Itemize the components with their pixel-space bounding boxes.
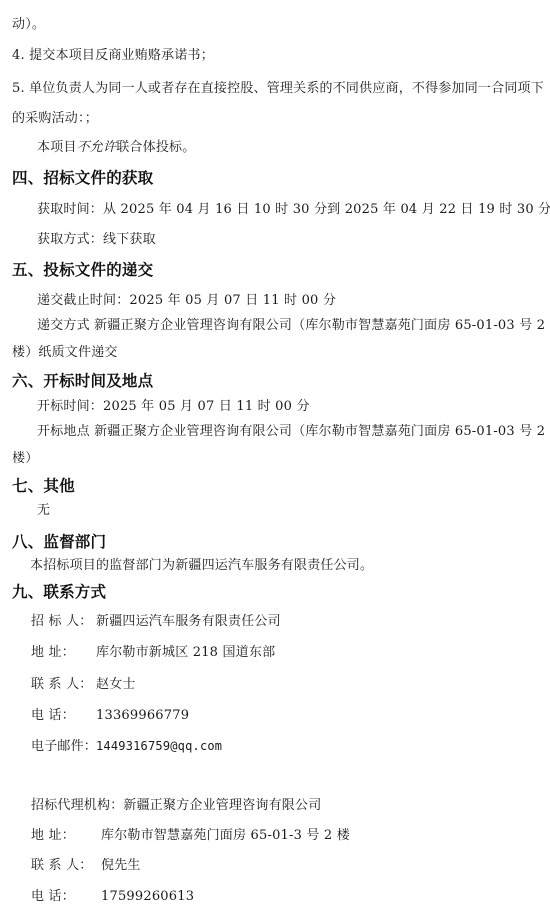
consortium-statement: 本项目不允许联合体投标。 [37,140,195,156]
acquisition-method: 获取方式：线下获取 [37,232,156,248]
consortium-prefix: 本项目 [37,140,77,155]
tenderer-address-label: 地 址： [31,645,96,661]
agency-address: 库尔勒市智慧嘉苑门面房 65-01-3 号 2 楼 [101,828,350,843]
section-heading-8: 八、监督部门 [12,533,106,551]
tenderer-phone-label: 电 话： [31,708,96,724]
supervision-body: 本招标项目的监督部门为新疆四运汽车服务有限责任公司。 [30,558,373,574]
opening-time: 开标时间：2025 年 05 月 07 日 11 时 00 分 [37,399,310,415]
tenderer-name-label: 招 标 人： [31,614,96,630]
opening-place-continued: 楼） [12,451,38,467]
tenderer-contact-row: 联 系 人：赵女士 [31,677,136,693]
section-heading-7: 七、其他 [12,477,75,495]
tenderer-contact: 赵女士 [96,677,136,692]
tenderer-email: 1449316759@qq.com [96,739,222,753]
section-heading-4: 四、招标文件的获取 [12,169,153,187]
agency-name-row: 招标代理机构：新疆正聚方企业管理咨询有限公司 [31,798,321,814]
tenderer-email-row: 电子邮件：1449316759@qq.com [31,738,222,755]
submission-method-continued: 楼）纸质文件递交 [12,345,118,361]
consortium-suffix: 联合体投标。 [116,140,195,155]
tenderer-phone: 13369966779 [96,708,189,723]
agency-contact: 倪先生 [101,858,141,873]
agency-name-label: 招标代理机构： [31,798,123,813]
other-body: 无 [37,503,50,519]
agency-phone: 17599260613 [101,889,194,904]
consortium-emphasis: 不允许 [77,140,117,155]
tenderer-contact-label: 联 系 人： [31,677,96,693]
acquisition-time: 获取时间：从 2025 年 04 月 16 日 10 时 30 分到 2025 … [37,202,550,218]
submission-method: 递交方式 新疆正聚方企业管理咨询有限公司（库尔勒市智慧嘉苑门面房 65-01-0… [37,318,545,334]
intro-continuation: 动）。 [12,17,45,33]
tenderer-email-label: 电子邮件： [31,739,96,755]
agency-address-row: 地 址：库尔勒市智慧嘉苑门面房 65-01-3 号 2 楼 [31,828,350,844]
section-heading-6: 六、开标时间及地点 [12,372,153,390]
agency-phone-row: 电 话：17599260613 [31,889,194,905]
section-heading-9: 九、联系方式 [12,583,106,601]
submission-deadline: 递交截止时间：2025 年 05 月 07 日 11 时 00 分 [37,293,336,309]
requirement-item-5: 5. 单位负责人为同一人或者存在直接控股、管理关系的不同供应商，不得参加同一合同… [12,81,544,97]
tenderer-name: 新疆四运汽车服务有限责任公司 [96,614,281,629]
tenderer-phone-row: 电 话：13369966779 [31,708,189,724]
tenderer-name-row: 招 标 人：新疆四运汽车服务有限责任公司 [31,614,281,630]
tenderer-address-row: 地 址：库尔勒市新城区 218 国道东部 [31,645,275,661]
requirement-item-4: 4. 提交本项目反商业贿赂承诺书； [12,48,214,64]
section-heading-5: 五、投标文件的递交 [12,261,153,279]
agency-contact-label: 联 系 人： [31,858,101,874]
requirement-item-5-continued: 的采购活动：； [12,111,98,127]
agency-phone-label: 电 话： [31,889,101,905]
agency-address-label: 地 址： [31,828,101,844]
tenderer-address: 库尔勒市新城区 218 国道东部 [96,645,275,660]
agency-contact-row: 联 系 人：倪先生 [31,858,141,874]
opening-place: 开标地点 新疆正聚方企业管理咨询有限公司（库尔勒市智慧嘉苑门面房 65-01-0… [37,424,545,440]
agency-name: 新疆正聚方企业管理咨询有限公司 [123,798,321,813]
